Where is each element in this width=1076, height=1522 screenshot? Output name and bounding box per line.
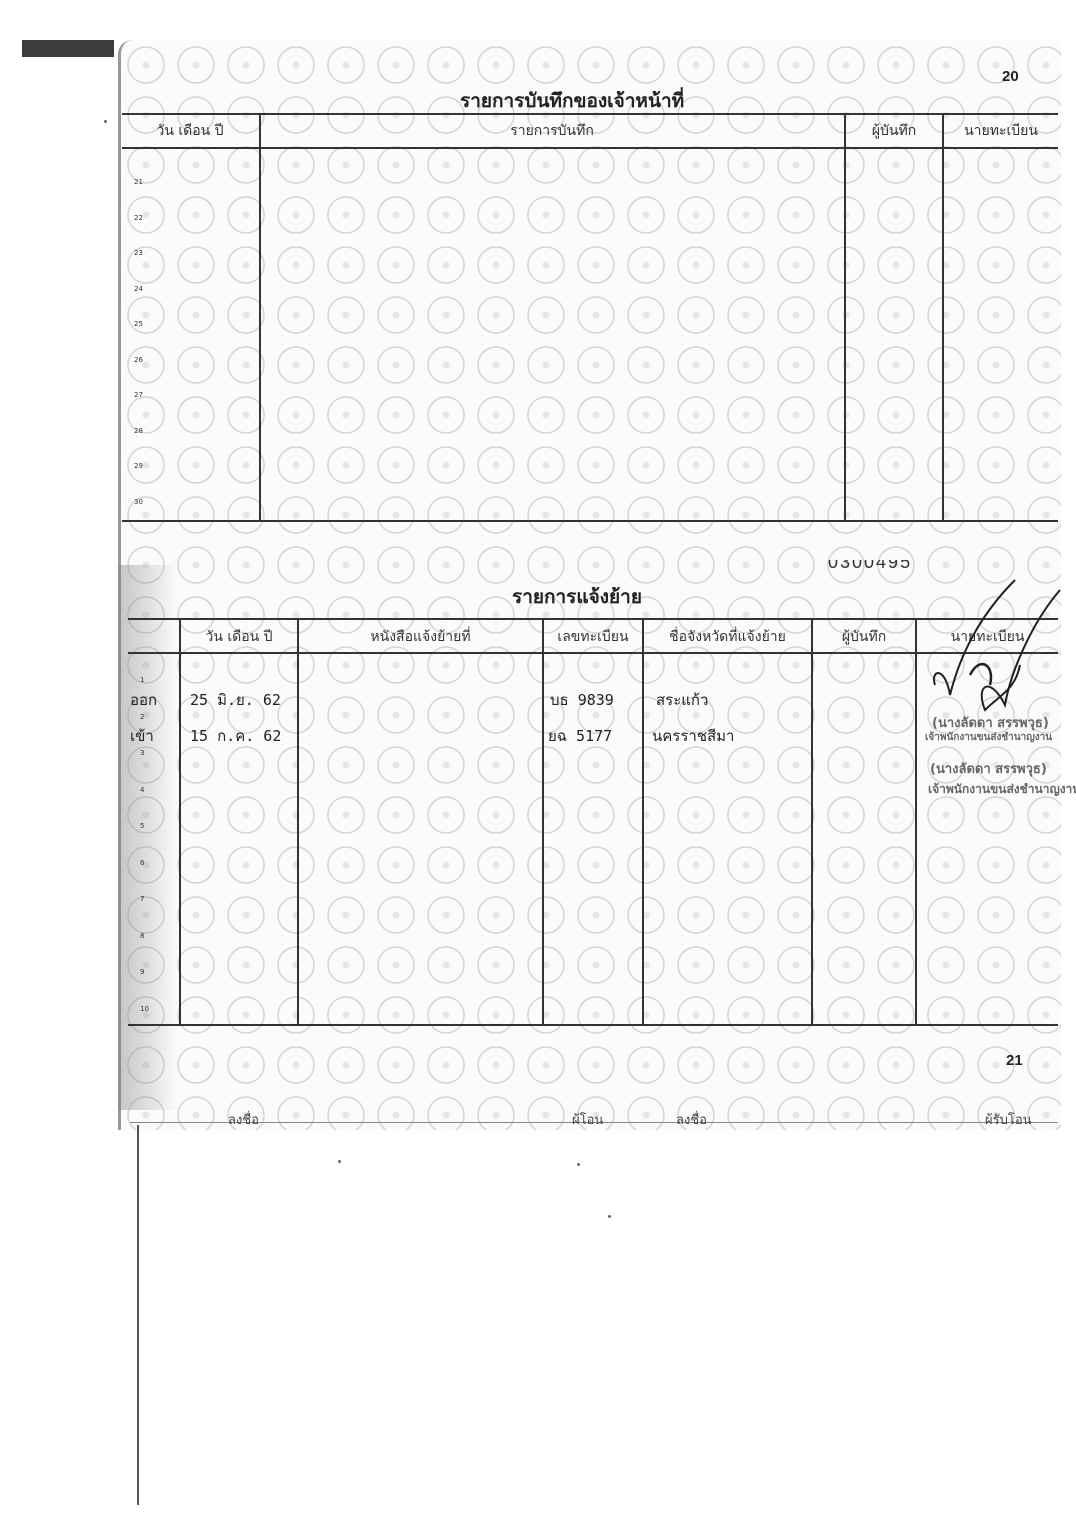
row-number: 27 (134, 391, 143, 399)
date-cell: 25 มิ.ย. 62 (190, 688, 281, 712)
page-number-upper: 20 (1002, 68, 1019, 85)
row-number: 6 (140, 859, 144, 867)
footer-transferor-label: ผู้โอน (572, 1110, 603, 1124)
upper-title: รายการบันทึกของเจ้าหน้าที่ (460, 86, 684, 116)
stamp-title-1: เจ้าพนักงานขนส่งชำนาญงาน (925, 730, 1052, 745)
scan-speck (104, 120, 107, 123)
stamp-name-2: (นางลัดดา สรรพวุธ) (930, 758, 1047, 779)
direction-cell: เข้า (130, 724, 154, 748)
signature-icon (920, 575, 1070, 725)
registration-cell: ยฉ 5177 (548, 724, 612, 748)
row-number: 9 (140, 968, 144, 976)
scan-margin-line (137, 1125, 139, 1505)
col-header-recorder: ผู้บันทึก (813, 626, 915, 648)
footer-sign2-label: ลงชื่อ (676, 1110, 707, 1124)
scan-edge-bar (22, 40, 114, 57)
row-number: 24 (134, 285, 143, 293)
col-header-recorder: ผู้บันทึก (846, 120, 942, 142)
col-header-notice: หนังสือแจ้งย้ายที่ (299, 626, 542, 648)
row-number: 10 (140, 1005, 149, 1013)
province-cell: นครราชสีมา (652, 724, 734, 748)
registration-cell: บธ 9839 (550, 688, 614, 712)
scan-speck (338, 1160, 341, 1163)
row-number: 8 (140, 932, 144, 940)
row-number: 26 (134, 356, 143, 364)
row-number: 7 (140, 895, 144, 903)
date-cell: 15 ก.ค. 62 (190, 724, 281, 748)
row-number: 28 (134, 427, 143, 435)
footer-transferee-label: ผู้รับโอน (985, 1110, 1032, 1124)
row-number: 5 (140, 822, 144, 830)
row-number: 21 (134, 178, 143, 186)
col-header-registrar: นายทะเบียน (944, 120, 1058, 142)
stamp-title-2: เจ้าพนักงานขนส่งชำนาญงาน (928, 780, 1076, 799)
scan-speck (577, 1163, 580, 1166)
row-number: 2 (140, 713, 144, 721)
col-header-record: รายการบันทึก (262, 120, 842, 142)
row-number: 3 (140, 749, 144, 757)
row-number: 22 (134, 214, 143, 222)
col-header-date: วัน เดือน ปี (181, 626, 297, 648)
scan-speck (608, 1215, 611, 1218)
row-number: 1 (140, 676, 144, 684)
lower-title: รายการแจ้งย้าย (512, 582, 642, 612)
row-number: 4 (140, 786, 144, 794)
row-number: 25 (134, 320, 143, 328)
page-fold-shadow (118, 565, 178, 1110)
footer-sign-label: ลงชื่อ (228, 1110, 259, 1124)
col-header-province: ชื่อจังหวัดที่แจ้งย้าย (644, 626, 811, 648)
row-number: 29 (134, 462, 143, 470)
direction-cell: ออก (130, 688, 157, 712)
col-header-registration: เลขทะเบียน (544, 626, 642, 648)
province-cell: สระแก้ว (656, 688, 708, 712)
row-number: 30 (134, 498, 143, 506)
col-header-date: วัน เดือน ปี (130, 120, 250, 142)
row-number: 23 (134, 249, 143, 257)
serial-number: 0300495 (828, 560, 912, 572)
page-number-lower: 21 (1006, 1052, 1023, 1069)
